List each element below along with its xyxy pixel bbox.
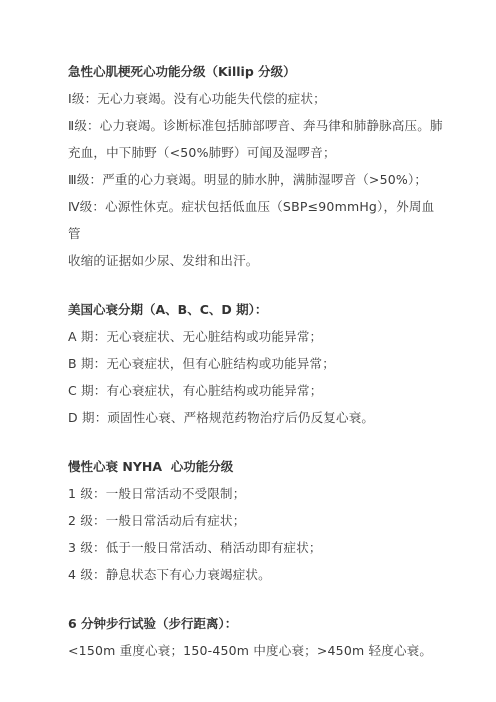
text-line: 1 级：一般日常活动不受限制； [68, 480, 446, 507]
section-6-minute-walk-test: 6 分钟步行试验（步行距离）： <150m 重度心衰；150-450m 中度心衰… [68, 610, 446, 664]
text-line: A 期：无心衰症状、无心脏结构或功能异常； [68, 323, 446, 350]
section-title: 急性心肌梗死心功能分级（Killip 分级） [68, 58, 446, 85]
section-title: 6 分钟步行试验（步行距离）： [68, 610, 446, 637]
text-line: Ⅰ级：无心力衰竭。没有心功能失代偿的症状； [68, 85, 446, 112]
text-line: 收缩的证据如少尿、发绀和出汗。 [68, 247, 446, 274]
section-nyha-classification: 慢性心衰 NYHA 心功能分级 1 级：一般日常活动不受限制； 2 级：一般日常… [68, 453, 446, 588]
text-line: 2 级：一般日常活动后有症状； [68, 507, 446, 534]
text-line: <150m 重度心衰；150-450m 中度心衰；>450m 轻度心衰。 [68, 637, 446, 664]
document-page: 急性心肌梗死心功能分级（Killip 分级） Ⅰ级：无心力衰竭。没有心功能失代偿… [0, 0, 496, 702]
section-us-hf-stages: 美国心衰分期（A、B、C、D 期）： A 期：无心衰症状、无心脏结构或功能异常；… [68, 296, 446, 431]
text-line: Ⅳ级：心源性休克。症状包括低血压（SBP≤90mmHg），外周血管 [68, 193, 446, 247]
text-line: 4 级：静息状态下有心力衰竭症状。 [68, 561, 446, 588]
text-line: 3 级：低于一般日常活动、稍活动即有症状； [68, 534, 446, 561]
text-line: Ⅱ级：心力衰竭。诊断标准包括肺部啰音、奔马律和肺静脉高压。肺 [68, 112, 446, 139]
text-line: C 期：有心衰症状，有心脏结构或功能异常； [68, 377, 446, 404]
text-line: B 期：无心衰症状，但有心脏结构或功能异常； [68, 350, 446, 377]
section-title: 美国心衰分期（A、B、C、D 期）： [68, 296, 446, 323]
text-line: 充血，中下肺野（<50%肺野）可闻及湿啰音； [68, 139, 446, 166]
text-line: D 期：顽固性心衰、严格规范药物治疗后仍反复心衰。 [68, 404, 446, 431]
section-title: 慢性心衰 NYHA 心功能分级 [68, 453, 446, 480]
section-killip-classification: 急性心肌梗死心功能分级（Killip 分级） Ⅰ级：无心力衰竭。没有心功能失代偿… [68, 58, 446, 274]
text-line: Ⅲ级：严重的心力衰竭。明显的肺水肿，满肺湿啰音（>50%）； [68, 166, 446, 193]
